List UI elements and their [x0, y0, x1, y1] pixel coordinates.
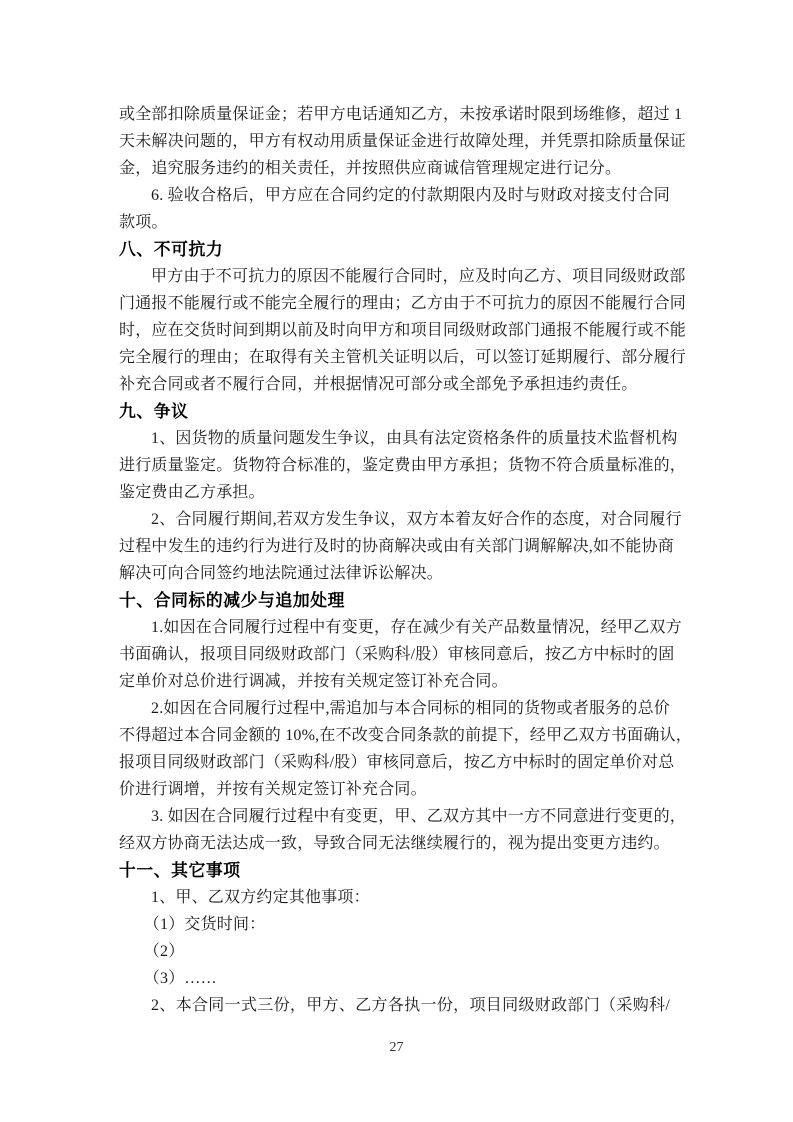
text-line: 价进行调增，并按有关规定签订补充合同。 [119, 776, 670, 803]
text-line: 过程中发生的违约行为进行及时的协商解决或由有关部门调解解决,如不能协商 [119, 533, 670, 560]
text-line: 1、甲、乙双方约定其他事项： [119, 884, 670, 911]
text-line: 款项。 [119, 209, 670, 236]
blank-item-3: （3）…… [119, 965, 670, 992]
section-heading-disputes: 九、争议 [119, 398, 670, 425]
text-line: 定单价对总价进行调减，并按有关规定签订补充合同。 [119, 668, 670, 695]
section-heading-force-majeure: 八、不可抗力 [119, 236, 670, 263]
text-line: 门通报不能履行或不能完全履行的理由；乙方由于不可抗力的原因不能履行合同 [119, 290, 670, 317]
text-line: 补充合同或者不履行合同，并根据情况可部分或全部免予承担违约责任。 [119, 371, 670, 398]
text-line: 甲方由于不可抗力的原因不能履行合同时，应及时向乙方、项目同级财政部 [119, 263, 670, 290]
text-line: 3. 如因在合同履行过程中有变更，甲、乙双方其中一方不同意进行变更的， [119, 803, 670, 830]
page-number: 27 [0, 1038, 793, 1058]
contract-document-page: 或全部扣除质量保证金；若甲方电话通知乙方，未按承诺时限到场维修，超过 1 天未解… [0, 0, 793, 1122]
text-line: 金，追究服务违约的相关责任，并按照供应商诚信管理规定进行记分。 [119, 155, 670, 182]
text-line: 2、合同履行期间,若双方发生争议，双方本着友好合作的态度，对合同履行 [119, 506, 670, 533]
text-line: 不得超过本合同金额的 10%,在不改变合同条款的前提下，经甲乙双方书面确认， [119, 722, 670, 749]
section-heading-other-matters: 十一、其它事项 [119, 857, 670, 884]
text-line: 解决可向合同签约地法院通过法律诉讼解决。 [119, 560, 670, 587]
text-line: 2、本合同一式三份，甲方、乙方各执一份，项目同级财政部门（采购科/ [119, 992, 670, 1019]
contract-body: 或全部扣除质量保证金；若甲方电话通知乙方，未按承诺时限到场维修，超过 1 天未解… [119, 101, 670, 1019]
delivery-time-item: （1）交货时间： [119, 911, 670, 938]
text-line: 1.如因在合同履行过程中有变更，存在减少有关产品数量情况，经甲乙双方 [119, 614, 670, 641]
text-line: 天未解决问题的，甲方有权动用质量保证金进行故障处理，并凭票扣除质量保证 [119, 128, 670, 155]
text-line: 时，应在交货时间到期以前及时向甲方和项目同级财政部门通报不能履行或不能 [119, 317, 670, 344]
text-line: 1、因货物的质量问题发生争议，由具有法定资格条件的质量技术监督机构 [119, 425, 670, 452]
text-line: 2.如因在合同履行过程中,需追加与本合同标的相同的货物或者服务的总价 [119, 695, 670, 722]
text-line: 书面确认，报项目同级财政部门（采购科/股）审核同意后，按乙方中标时的固 [119, 641, 670, 668]
text-line: 或全部扣除质量保证金；若甲方电话通知乙方，未按承诺时限到场维修，超过 1 [119, 101, 670, 128]
text-line: 完全履行的理由；在取得有关主管机关证明以后，可以签订延期履行、部分履行 [119, 344, 670, 371]
text-line: 进行质量鉴定。货物符合标准的，鉴定费由甲方承担；货物不符合质量标准的， [119, 452, 670, 479]
blank-item-2: （2） [119, 938, 670, 965]
section-heading-quantity-change: 十、合同标的减少与追加处理 [119, 587, 670, 614]
clause-6-line: 6. 验收合格后，甲方应在合同约定的付款期限内及时与财政对接支付合同 [119, 182, 670, 209]
text-line: 经双方协商无法达成一致，导致合同无法继续履行的，视为提出变更方违约。 [119, 830, 670, 857]
text-line: 报项目同级财政部门（采购科/股）审核同意后，按乙方中标时的固定单价对总 [119, 749, 670, 776]
text-line: 鉴定费由乙方承担。 [119, 479, 670, 506]
